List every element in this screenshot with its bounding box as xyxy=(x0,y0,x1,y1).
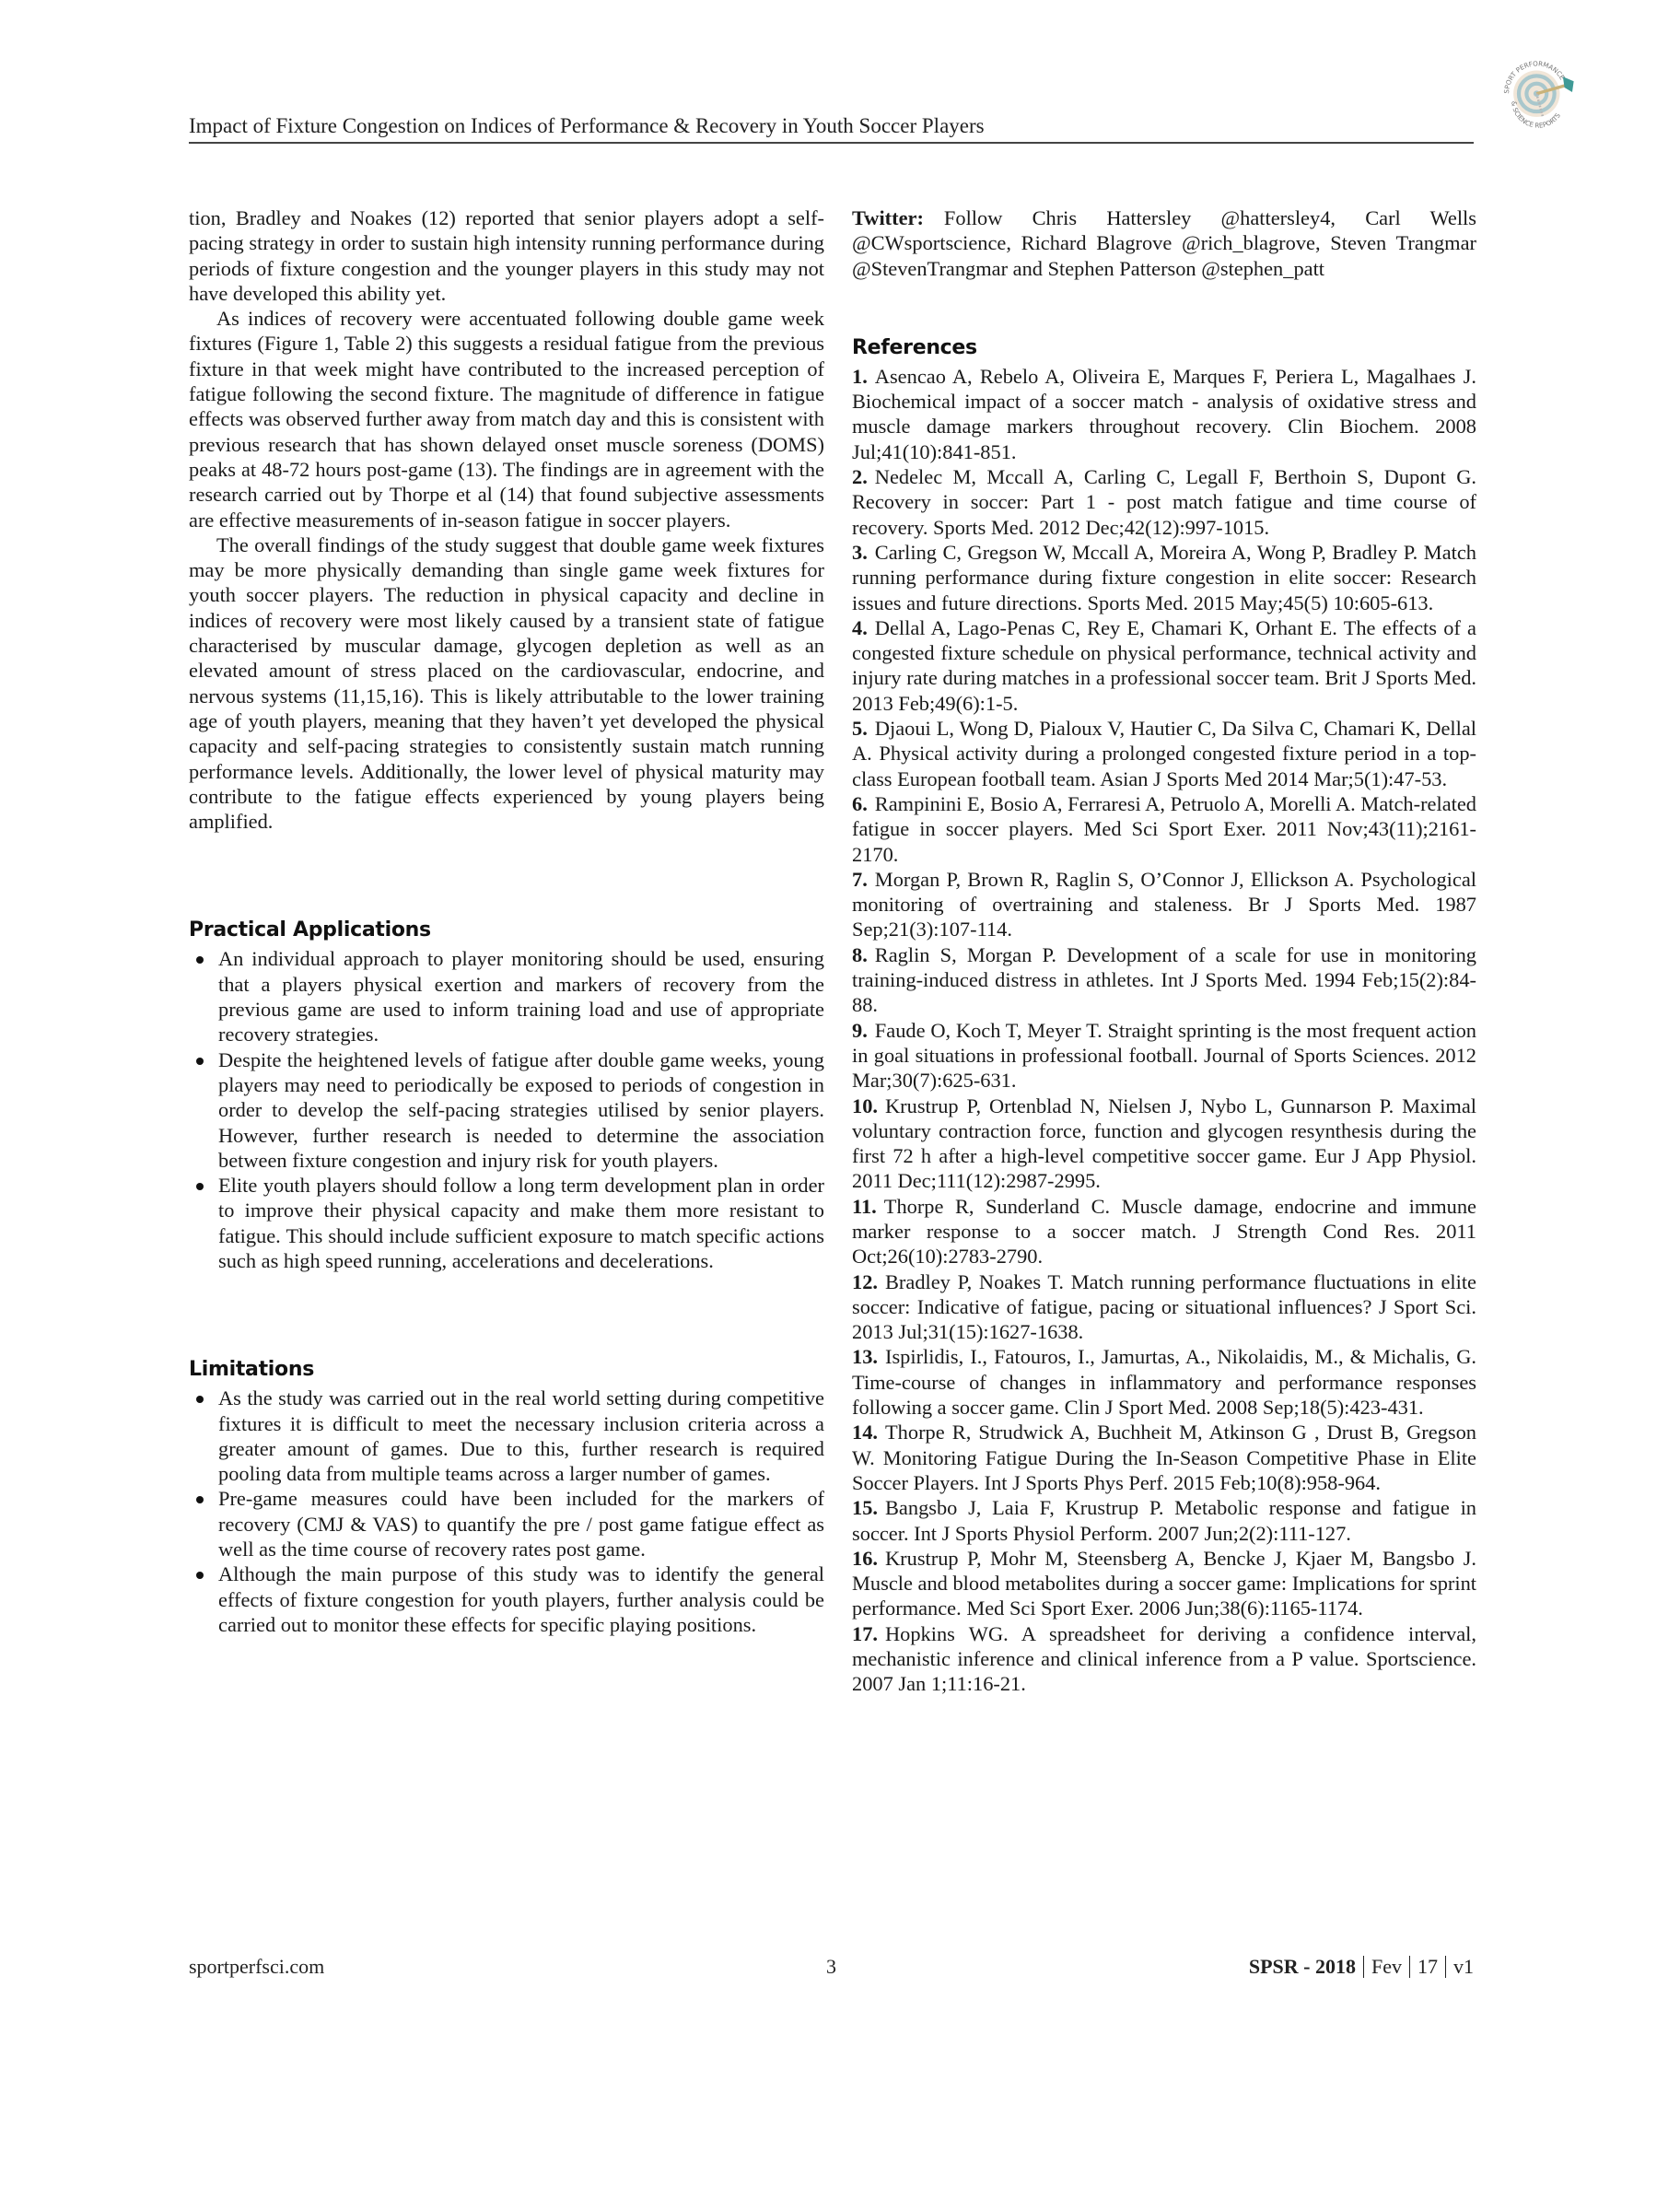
body-paragraph: As indices of recovery were accentuated … xyxy=(189,306,824,532)
list-item: Although the main purpose of this study … xyxy=(189,1561,824,1637)
separator xyxy=(1409,1956,1410,1978)
reference-item: 1.Asencao A, Rebelo A, Oliveira E, Marqu… xyxy=(852,364,1476,464)
body-paragraph: The overall findings of the study sugges… xyxy=(189,532,824,835)
sport-performance-science-reports-logo-icon: SPORT PERFORMANCE & SCIENCE REPORTS xyxy=(1499,53,1577,131)
left-column: tion, Bradley and Noakes (12) reported t… xyxy=(189,205,824,1637)
reference-item: 3.Carling C, Gregson W, Mccall A, Moreir… xyxy=(852,540,1476,615)
twitter-paragraph: Twitter:Follow Chris Hattersley @hatters… xyxy=(852,205,1476,281)
reference-item: 17.Hopkins WG. A spreadsheet for derivin… xyxy=(852,1621,1476,1697)
limitations-list: As the study was carried out in the real… xyxy=(189,1386,824,1637)
reference-item: 7.Morgan P, Brown R, Raglin S, O’Connor … xyxy=(852,867,1476,942)
reference-item: 5.Djaoui L, Wong D, Pialoux V, Hautier C… xyxy=(852,716,1476,791)
reference-item: 12.Bradley P, Noakes T. Match running pe… xyxy=(852,1269,1476,1345)
reference-item: 9.Faude O, Koch T, Meyer T. Straight spr… xyxy=(852,1018,1476,1093)
list-item: As the study was carried out in the real… xyxy=(189,1386,824,1486)
reference-item: 11.Thorpe R, Sunderland C. Muscle damage… xyxy=(852,1194,1476,1269)
list-item: Elite youth players should follow a long… xyxy=(189,1173,824,1273)
reference-item: 14.Thorpe R, Strudwick A, Buchheit M, At… xyxy=(852,1420,1476,1495)
right-column: Twitter:Follow Chris Hattersley @hatters… xyxy=(852,205,1476,1697)
separator xyxy=(1363,1956,1364,1978)
journal-name: SPSR - 2018 xyxy=(1249,1955,1356,1978)
footer-journal-info: SPSR - 2018Fev17v1 xyxy=(1249,1953,1474,1981)
body-paragraph: tion, Bradley and Noakes (12) reported t… xyxy=(189,205,824,306)
twitter-text: Follow Chris Hattersley @hattersley4, Ca… xyxy=(852,206,1476,280)
reference-item: 6.Rampinini E, Bosio A, Ferraresi A, Pet… xyxy=(852,791,1476,867)
document-page: Impact of Fixture Congestion on Indices … xyxy=(0,0,1680,2187)
page-footer: sportperfsci.com 3 SPSR - 2018Fev17v1 xyxy=(189,1953,1474,1981)
list-item: An individual approach to player monitor… xyxy=(189,946,824,1047)
reference-item: 8.Raglin S, Morgan P. Development of a s… xyxy=(852,942,1476,1018)
reference-item: 2.Nedelec M, Mccall A, Carling C, Legall… xyxy=(852,464,1476,540)
version: v1 xyxy=(1453,1955,1474,1978)
separator xyxy=(1445,1956,1446,1978)
twitter-label: Twitter: xyxy=(852,206,924,229)
list-item: Pre-game measures could have been includ… xyxy=(189,1486,824,1561)
practical-applications-list: An individual approach to player monitor… xyxy=(189,946,824,1273)
limitations-heading: Limitations xyxy=(189,1356,824,1384)
practical-applications-heading: Practical Applications xyxy=(189,917,824,944)
running-title: Impact of Fixture Congestion on Indices … xyxy=(189,112,1474,140)
issue-number: 17 xyxy=(1417,1955,1438,1978)
references-heading: References xyxy=(852,334,1476,362)
reference-item: 13.Ispirlidis, I., Fatouros, I., Jamurta… xyxy=(852,1344,1476,1420)
reference-item: 16.Krustrup P, Mohr M, Steensberg A, Ben… xyxy=(852,1546,1476,1621)
reference-item: 10.Krustrup P, Ortenblad N, Nielsen J, N… xyxy=(852,1093,1476,1194)
header-rule xyxy=(189,142,1474,144)
list-item: Despite the heightened levels of fatigue… xyxy=(189,1047,824,1173)
reference-item: 15.Bangsbo J, Laia F, Krustrup P. Metabo… xyxy=(852,1495,1476,1546)
issue-month: Fev xyxy=(1371,1955,1402,1978)
references-list: 1.Asencao A, Rebelo A, Oliveira E, Marqu… xyxy=(852,364,1476,1697)
reference-item: 4.Dellal A, Lago-Penas C, Rey E, Chamari… xyxy=(852,615,1476,716)
